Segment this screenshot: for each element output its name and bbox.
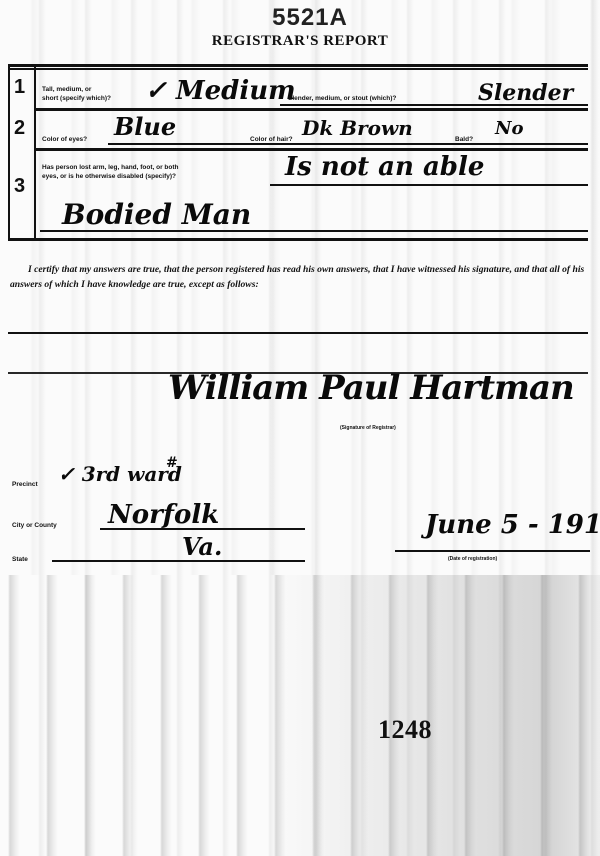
row-1-build-value: Slender [478, 80, 573, 106]
row-3-answer-line-1 [270, 184, 588, 186]
table-left-rule [8, 64, 10, 240]
city-county-line [100, 528, 305, 530]
row-2-eyes-value: Blue [114, 112, 176, 141]
row-1-answer-line [280, 104, 588, 106]
row-2-answer-line [108, 143, 588, 145]
city-county-label: City or County [12, 522, 57, 530]
row-2-bald-value: No [495, 118, 523, 139]
registrar-signature: William Paul Hartman [168, 368, 574, 408]
row-1-bottom-rule [34, 108, 588, 111]
row-1-label-line1: Tall, medium, or [42, 86, 91, 94]
draft-registration-card: 5521A REGISTRAR'S REPORT 1 Tall, medium,… [0, 0, 600, 856]
row-1-height-value: ✓ Medium [145, 76, 296, 106]
city-county-value: Norfolk [108, 500, 219, 530]
registration-date-line [395, 550, 590, 552]
precinct-number-mark: # [166, 455, 178, 471]
registrar-signature-caption: (Signature of Registrar) [340, 425, 396, 431]
state-label: State [12, 556, 28, 564]
stamped-number: 1248 [378, 715, 432, 745]
row-3-label-line1: Has person lost arm, leg, hand, foot, or… [42, 164, 179, 172]
row-2-bottom-rule [34, 148, 588, 151]
number-column-rule [34, 64, 36, 240]
row-3-disability-value-line1: Is not an able [285, 152, 484, 182]
precinct-label: Precinct [12, 481, 38, 489]
row-1-build-label: Slender, medium, or stout (which)? [288, 95, 396, 103]
row-3-number: 3 [14, 175, 25, 198]
precinct-value: ✓ 3rd ward [58, 462, 182, 486]
document-title: REGISTRAR'S REPORT [190, 33, 410, 50]
row-3-disability-value-line2: Bodied Man [62, 198, 251, 231]
serial-number: 5521A [250, 4, 370, 32]
table-top-rule-inner [8, 68, 588, 70]
state-value: Va. [182, 532, 222, 561]
row-2-eyes-label: Color of eyes? [42, 136, 87, 144]
row-3-answer-line-2 [40, 230, 588, 232]
exceptions-line-1 [8, 332, 588, 334]
state-line [52, 560, 305, 562]
row-3-label-line2: eyes, or is he otherwise disabled (speci… [42, 173, 176, 181]
row-1-number: 1 [14, 76, 25, 99]
certification-statement: I certify that my answers are true, that… [10, 262, 590, 292]
registration-date-caption: (Date of registration) [448, 556, 497, 562]
reverse-side-bleed-through [0, 575, 600, 856]
row-2-number: 2 [14, 117, 25, 140]
table-top-rule [8, 64, 588, 67]
registration-date-value: June 5 - 1917 [425, 510, 600, 540]
row-2-hair-value: Dk Brown [302, 116, 413, 140]
row-1-label-line2: short (specify which)? [42, 95, 111, 103]
table-bottom-rule [8, 238, 588, 241]
